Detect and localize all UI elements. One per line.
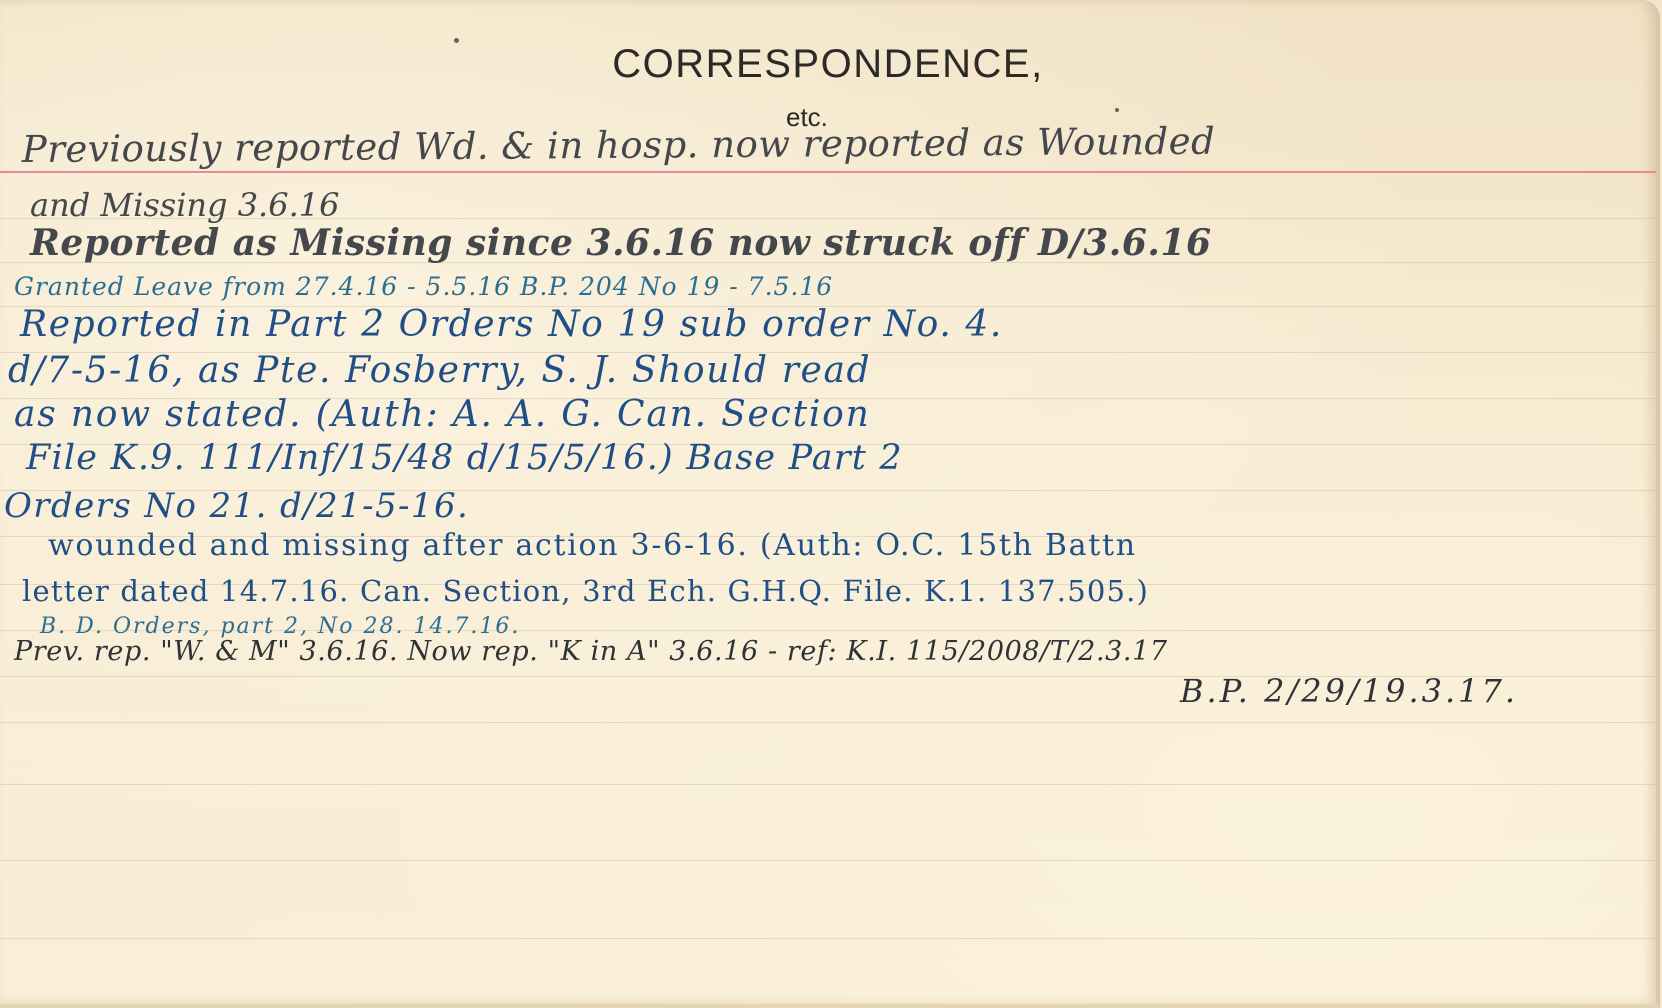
entry-line-7: as now stated. (Auth: A. A. G. Can. Sect… [14, 394, 871, 435]
entry-line-14: B.P. 2/29/19.3.17. [1180, 672, 1518, 710]
entry-line-2: and Missing 3.6.16 [30, 186, 339, 224]
entry-line-5: Reported in Part 2 Orders No 19 sub orde… [20, 304, 1003, 345]
correspondence-card: CORRESPONDENCE, etc. Previously reported… [0, 0, 1660, 1008]
red-header-rule [0, 171, 1656, 173]
paper-speck [454, 38, 459, 43]
entry-line-13: Prev. rep. "W. & M" 3.6.16. Now rep. "K … [14, 636, 1168, 667]
paper-speck [1115, 108, 1119, 112]
entry-line-6: d/7-5-16, as Pte. Fosberry, S. J. Should… [8, 350, 871, 391]
entry-line-8: File K.9. 111/Inf/15/48 d/15/5/16.) Base… [26, 438, 903, 478]
entry-line-9: Orders No 21. d/21-5-16. [4, 486, 469, 526]
ruled-line [0, 722, 1656, 723]
entry-line-3: Reported as Missing since 3.6.16 now str… [30, 222, 1212, 264]
ruled-line [0, 938, 1656, 939]
ruled-line [0, 784, 1656, 785]
entry-line-11: letter dated 14.7.16. Can. Section, 3rd … [22, 574, 1149, 608]
ruled-line [0, 860, 1656, 861]
entry-line-1: Previously reported Wd. & in hosp. now r… [22, 120, 1216, 171]
card-heading: CORRESPONDENCE, [0, 42, 1656, 87]
entry-line-4: Granted Leave from 27.4.16 - 5.5.16 B.P.… [14, 272, 833, 301]
entry-line-10: wounded and missing after action 3-6-16.… [48, 528, 1137, 563]
